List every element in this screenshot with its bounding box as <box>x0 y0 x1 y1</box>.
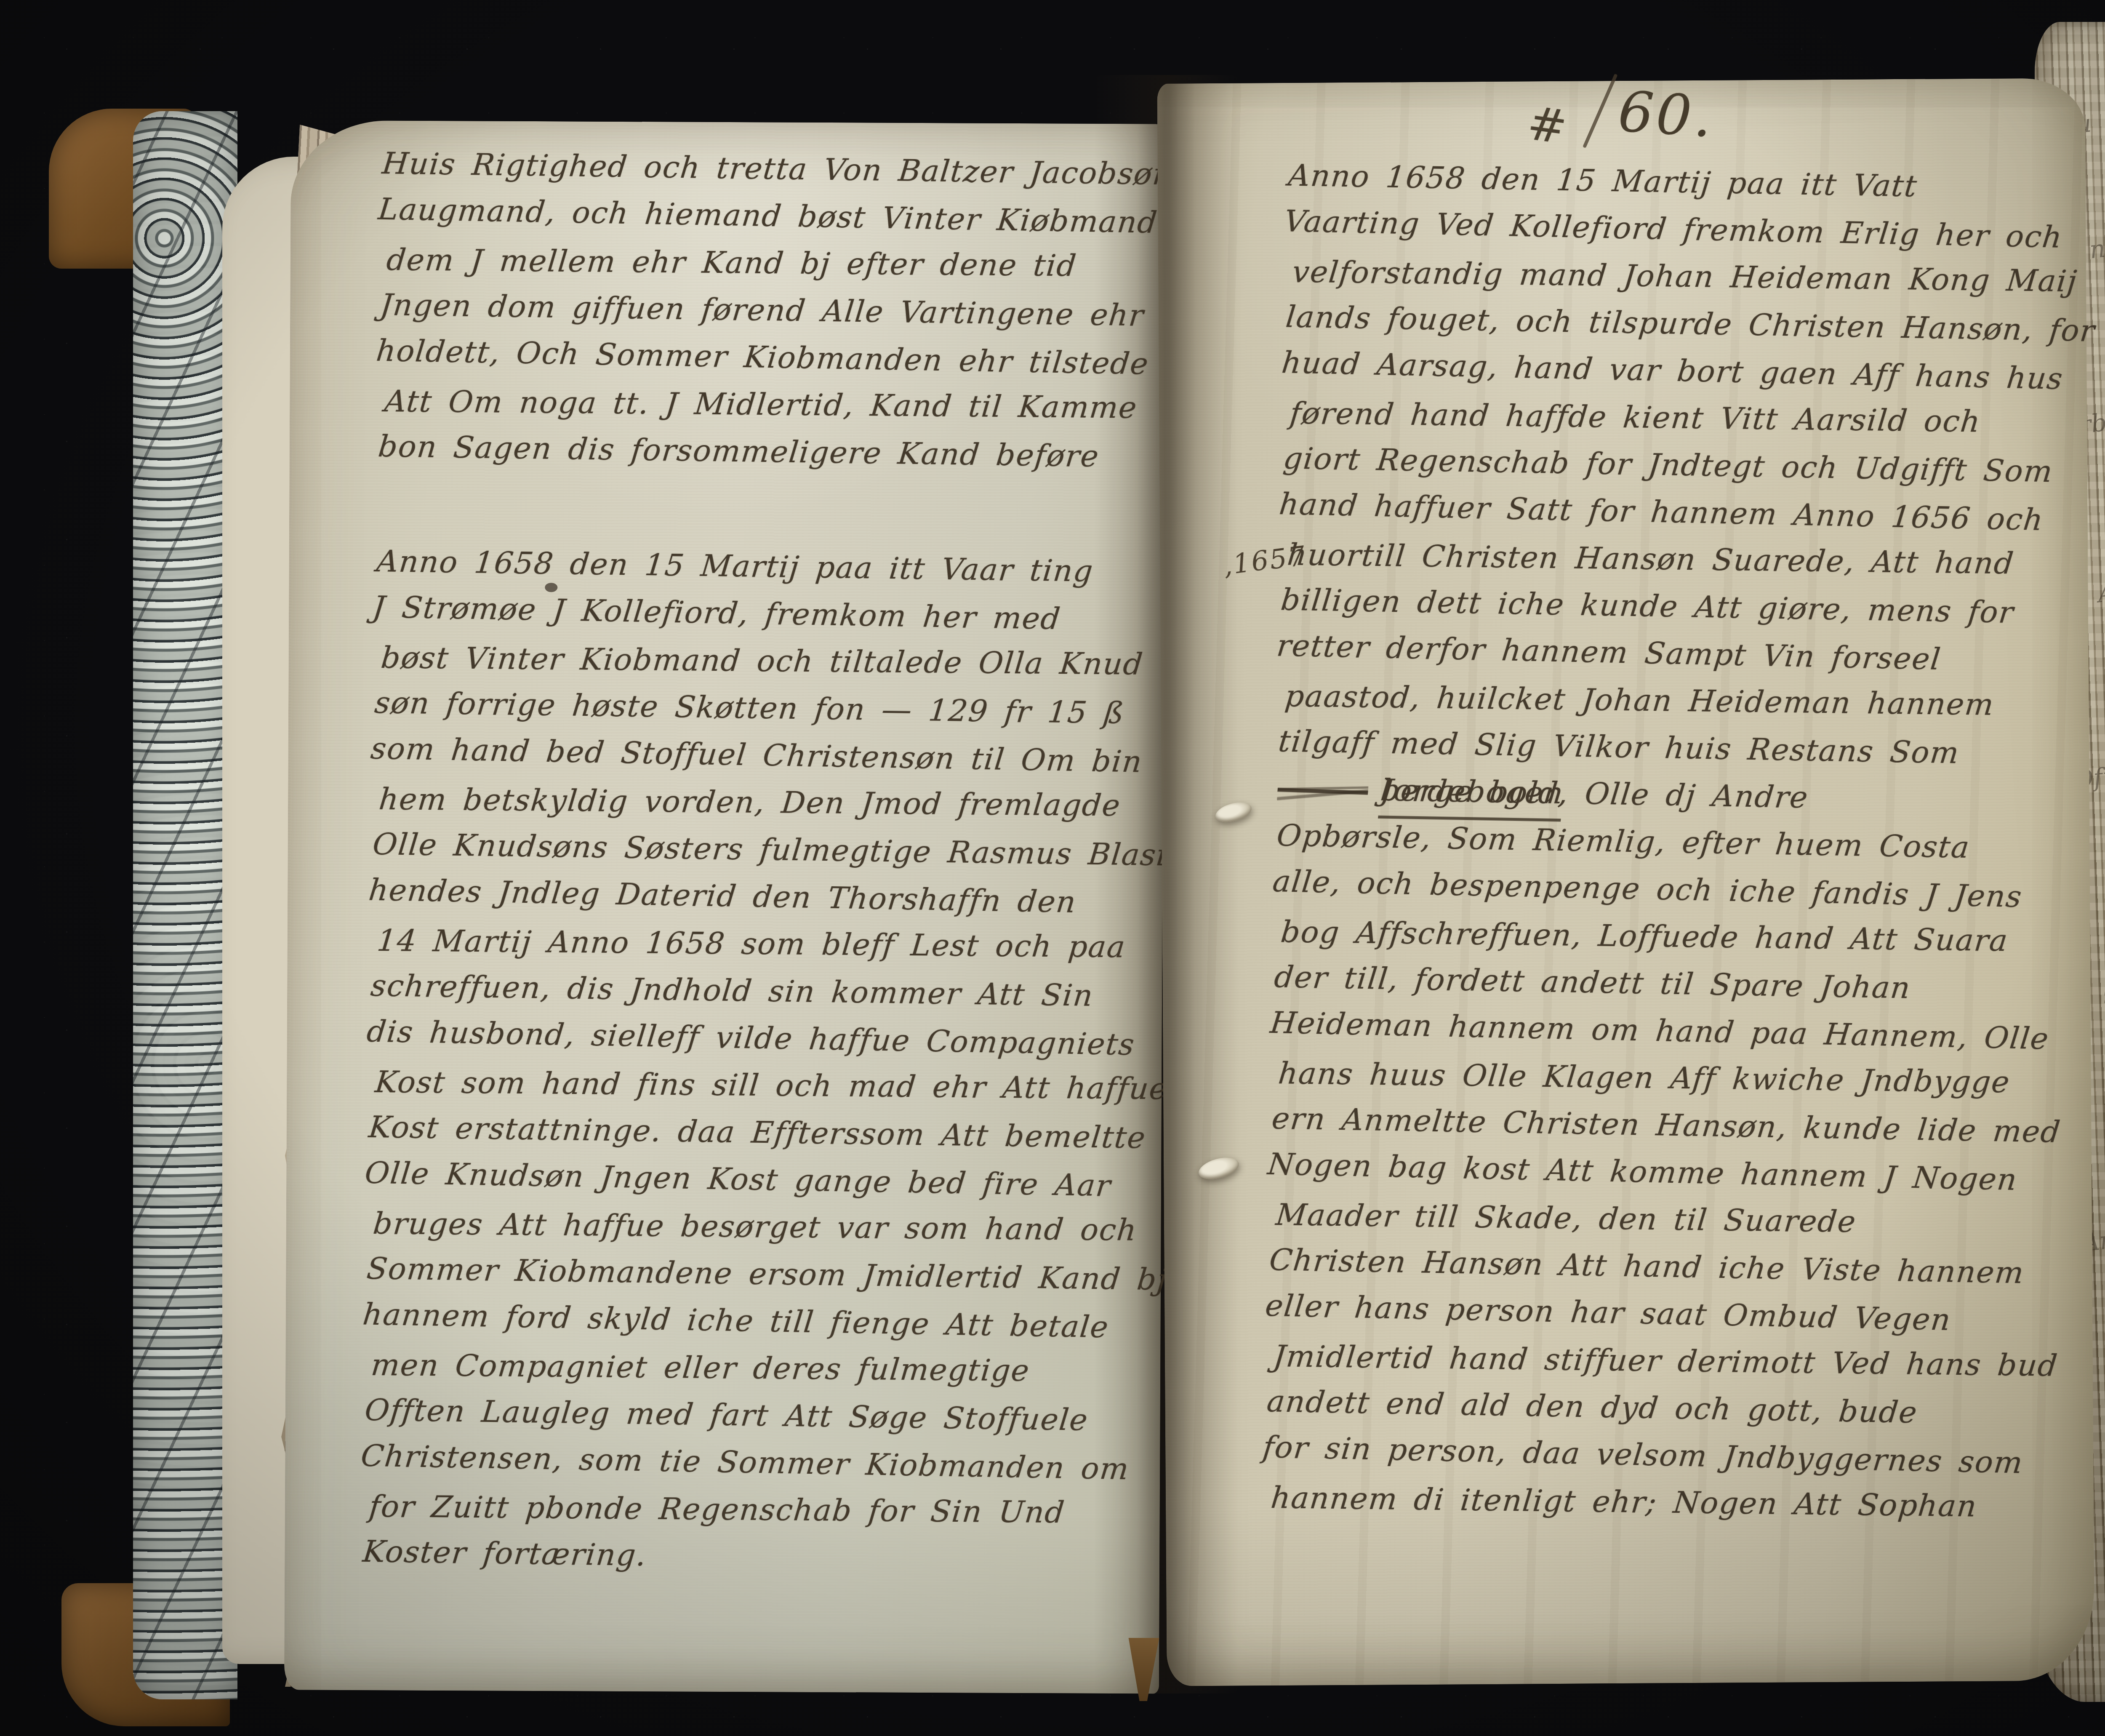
handwritten-line: Att Om noga tt. J Midlertid, Kand til Ka… <box>382 378 1170 432</box>
handwritten-line: bøst Vinter Kiobmand och tiltalede Olla … <box>379 634 1167 688</box>
left-paragraph-1: Huis Rigtighed och tretta Von Baltzer Ja… <box>378 140 1166 481</box>
line-rest: berge bold, Olle dj Andre <box>1378 767 1811 821</box>
left-page: Huis Rigtighed och tretta Von Baltzer Ja… <box>284 120 1166 1693</box>
left-paragraph-2: Anno 1658 den 15 Martij paa itt Vaar tin… <box>362 538 1160 1586</box>
handwritten-line: bruges Att haffue besørget var som hand … <box>371 1200 1159 1254</box>
right-paragraph-upper: Anno 1658 den 15 Martij paa itt VattVaar… <box>1278 152 2059 779</box>
handwritten-line: Kost som hand fins sill och mad ehr Att … <box>373 1059 1161 1112</box>
folio-number: 60. <box>1616 79 1716 150</box>
handwritten-line: bon Sagen dis forsommeligere Kand beføre <box>376 423 1164 481</box>
edge-ink-bleed: gim <box>2101 971 2105 1004</box>
right-paragraph-lower: Opbørsle, Som Riemlig, efter huem Costaa… <box>1265 812 2048 1533</box>
handwritten-line: men Compagniet eller deres fulmegtige <box>369 1341 1157 1395</box>
handwritten-line: dem J mellem ehr Kand bj efter dene tid <box>384 236 1172 290</box>
handwritten-line: hannem di itenligt ehr; Nogen Att Sophan <box>1269 1474 2044 1531</box>
marbled-cover-left <box>133 111 237 1699</box>
folio-hash-mark: # <box>1524 96 1570 155</box>
edge-ink-bleed: Att <box>2097 576 2105 608</box>
handwritten-line: Koster fortæring. <box>360 1528 1148 1586</box>
handwritten-line: for Zuitt pbonde Regenschab for Sin Und <box>367 1483 1155 1537</box>
handwritten-line: 14 Martij Anno 1658 som bleff Lest och p… <box>375 917 1163 971</box>
folio-slash-stroke <box>1583 74 1618 148</box>
edge-ink-bleed: ngen <box>2088 229 2105 264</box>
handwritten-line: hem betskyldig vorden, Den Jmod fremlagd… <box>377 776 1165 829</box>
photograph-background: du ngen erbo Att Ofre gim Ann Am Huis Ri… <box>0 0 2105 1736</box>
left-page-text: Huis Rigtighed och tretta Von Baltzer Ja… <box>362 140 1165 1586</box>
right-page-text: Anno 1658 den 15 Martij paa itt VattVaar… <box>1265 152 2059 1533</box>
folio-header: # 60. <box>1527 77 1823 163</box>
struck-out-word-mark <box>1276 781 1369 802</box>
right-page: # 60. ,1657 Anno 1658 den 15 Martij paa … <box>1157 78 2094 1686</box>
